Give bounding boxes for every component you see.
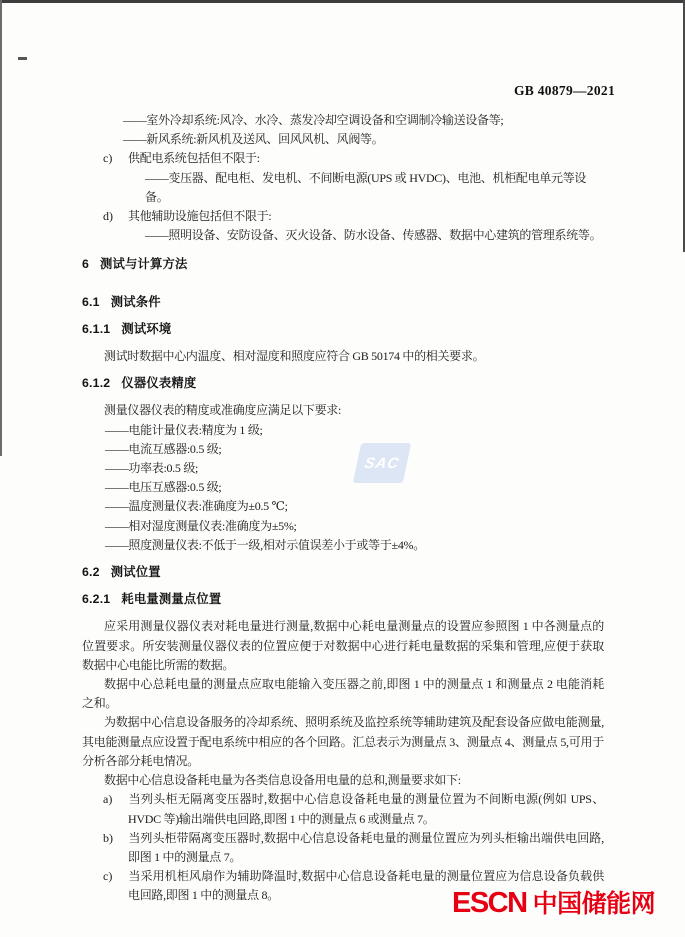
text-line: c)供配电系统包括但不限于:	[82, 149, 604, 168]
text-line: ——功率表:0.5 级;	[82, 459, 604, 478]
text-line: ——温度测量仪表:准确度为±0.5 ℃;	[82, 497, 604, 516]
scan-edge-left	[0, 0, 2, 456]
text-line: ——照明设备、安防设备、灭火设备、防水设备、传感器、数据中心建筑的管理系统等。	[82, 226, 604, 245]
text-line: ——电能计量仪表:精度为 1 级;	[82, 421, 604, 440]
text-line: 其电能测量点应设置于配电系统中相应的各个回路。汇总表示为测量点 3、测量点 4、…	[82, 733, 604, 752]
text-line: ——新风系统:新风机及送风、回风风机、风阀等。	[82, 130, 604, 149]
text-line: ——变压器、配电柜、发电机、不间断电源(UPS 或 HVDC)、电池、机柜配电单…	[82, 169, 604, 207]
escn-logo-latin: ESCN	[452, 887, 527, 920]
section-heading-6-1: 6.1测试条件	[82, 293, 604, 312]
sac-watermark: SAC	[353, 443, 412, 483]
text-line: 为数据中心信息设备服务的冷却系统、照明系统及监控系统等辅助建筑及配套设备应做电能…	[82, 713, 604, 732]
escn-logo: ESCN 中国储能网	[452, 884, 655, 920]
section-heading-6-2: 6.2测试位置	[82, 563, 604, 582]
section-heading-6-1-2: 6.1.2仪器仪表精度	[82, 374, 604, 393]
scan-artifact	[18, 57, 27, 60]
text-line: ——室外冷却系统:风冷、水冷、蒸发冷却空调设备和空调制冷输送设备等;	[82, 111, 604, 130]
text-line: 位置要求。所安装测量仪器仪表的位置应便于对数据中心进行耗电量数据的采集和管理,应…	[82, 637, 604, 656]
document-body: ——室外冷却系统:风冷、水冷、蒸发冷却空调设备和空调制冷输送设备等;——新风系统…	[82, 111, 604, 906]
text-line: 数据中心信息设备耗电量为各类信息设备用电量的总和,测量要求如下:	[82, 771, 604, 790]
section-heading-6-2-1: 6.2.1耗电量测量点位置	[82, 590, 604, 609]
sac-watermark-text: SAC	[363, 455, 401, 472]
section-heading-6-1-1: 6.1.1测试环境	[82, 320, 604, 339]
scan-edge-top	[0, 0, 685, 3]
text-line: ——相对湿度测量仪表:准确度为±5%;	[82, 517, 604, 536]
page: GB 40879—2021 ——室外冷却系统:风冷、水冷、蒸发冷却空调设备和空调…	[0, 0, 685, 937]
text-line: 即图 1 中的测量点 7。	[82, 848, 604, 867]
text-line: 之和。	[82, 694, 604, 713]
text-line: 数据中心总耗电量的测量点应取电能输入变压器之前,即图 1 中的测量点 1 和测量…	[82, 675, 604, 694]
text-line: 应采用测量仪器仪表对耗电量进行测量,数据中心耗电量测量点的设置应参照图 1 中各…	[82, 617, 604, 636]
section-heading-6: 6测试与计算方法	[82, 255, 604, 274]
text-line: ——电压互感器:0.5 级;	[82, 478, 604, 497]
text-line: a)当列头柜无隔离变压器时,数据中心信息设备耗电量的测量位置为不间断电源(例如 …	[82, 790, 604, 809]
text-line: HVDC 等)输出端供电回路,即图 1 中的测量点 6 或测量点 7。	[82, 810, 604, 829]
text-line: ——电流互感器:0.5 级;	[82, 440, 604, 459]
text-line: 分析各部分耗电情况。	[82, 752, 604, 771]
text-line: 测试时数据中心内温度、相对湿度和照度应符合 GB 50174 中的相关要求。	[82, 347, 604, 366]
text-line: 测量仪器仪表的精度或准确度应满足以下要求:	[82, 401, 604, 420]
standard-number: GB 40879—2021	[514, 83, 615, 99]
text-line: d)其他辅助设施包括但不限于:	[82, 207, 604, 226]
text-line: 数据中心电能比所需的数据。	[82, 656, 604, 675]
text-line: b)当列头柜带隔离变压器时,数据中心信息设备耗电量的测量位置应为列头柜输出端供电…	[82, 829, 604, 848]
text-line: ——照度测量仪表:不低于一级,相对示值误差小于或等于±4%。	[82, 536, 604, 555]
escn-logo-cjk: 中国储能网	[533, 884, 656, 920]
